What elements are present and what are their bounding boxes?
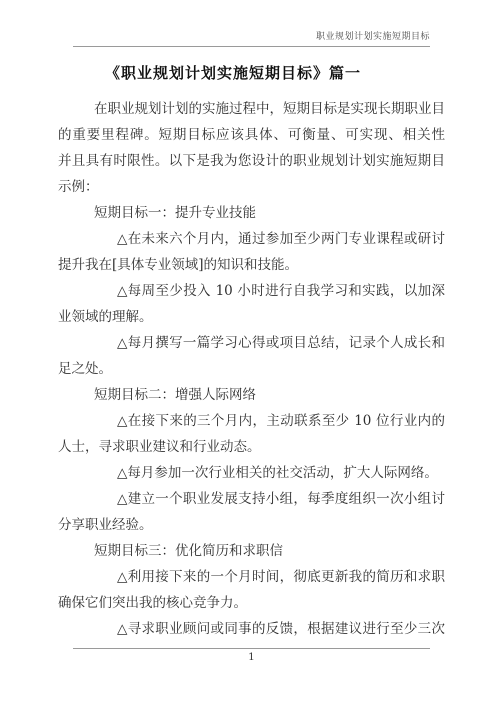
body-line: 业领域的理解。	[58, 304, 445, 330]
page-number: 1	[73, 651, 430, 663]
body-line: △在未来六个月内，通过参加至少两门专业课程或研讨会，	[58, 226, 445, 252]
body-line: △每月参加一次行业相关的社交活动，扩大人际网络。	[58, 460, 445, 486]
body-line: 短期目标三：优化简历和求职信	[58, 538, 445, 564]
body-line: 在职业规划计划的实施过程中，短期目标是实现长期职业目标	[58, 96, 445, 122]
document-page: 职业规划计划实施短期目标 《职业规划计划实施短期目标》篇一 在职业规划计划的实施…	[0, 0, 500, 707]
running-header-title: 职业规划计划实施短期目标	[316, 29, 430, 42]
document-title: 《职业规划计划实施短期目标》篇一	[105, 62, 361, 83]
body-line: 足之处。	[58, 356, 445, 382]
body-line: 分享职业经验。	[58, 512, 445, 538]
body-line: 短期目标二：增强人际网络	[58, 382, 445, 408]
body-line: △每月撰写一篇学习心得或项目总结，记录个人成长和不	[58, 330, 445, 356]
body-line: 短期目标一：提升专业技能	[58, 200, 445, 226]
footer-rule	[73, 648, 430, 649]
body-line: 确保它们突出我的核心竞争力。	[58, 590, 445, 616]
body-line: 提升我在[具体专业领域]的知识和技能。	[58, 252, 445, 278]
body-line: 的重要里程碑。短期目标应该具体、可衡量、可实现、相关性强，	[58, 122, 445, 148]
body-line: 示例：	[58, 174, 445, 200]
body-line: △寻求职业顾问或同事的反馈，根据建议进行至少三次修	[58, 616, 445, 642]
body-line: △建立一个职业发展支持小组，每季度组织一次小组讨论，	[58, 486, 445, 512]
body-line: △在接下来的三个月内，主动联系至少 10 位行业内的资深	[58, 408, 445, 434]
body-line: △利用接下来的一个月时间，彻底更新我的简历和求职信，	[58, 564, 445, 590]
body-line: △每周至少投入 10 小时进行自我学习和实践，以加深对专	[58, 278, 445, 304]
document-body: 在职业规划计划的实施过程中，短期目标是实现长期职业目标的重要里程碑。短期目标应该…	[58, 96, 445, 642]
body-line: 并且具有时限性。以下是我为您设计的职业规划计划实施短期目标	[58, 148, 445, 174]
header-rule	[73, 46, 430, 47]
body-line: 人士，寻求职业建议和行业动态。	[58, 434, 445, 460]
